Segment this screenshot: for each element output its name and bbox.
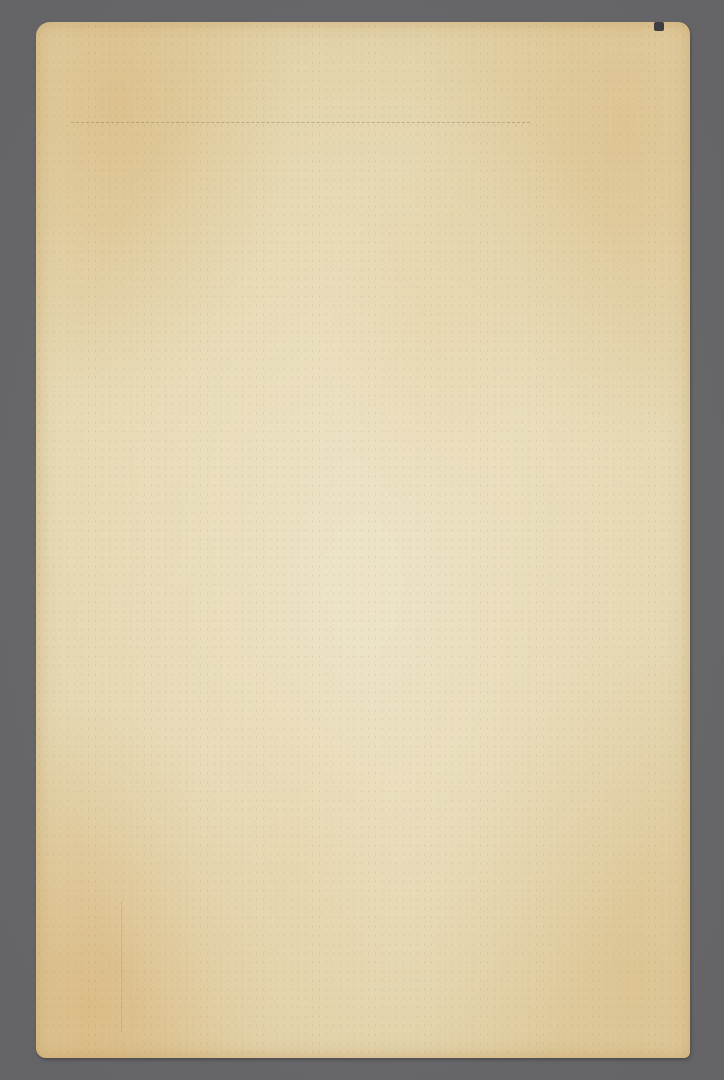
faint-margin-line (121, 902, 122, 1032)
faint-ruled-line (71, 122, 530, 123)
aged-paper-sheet (36, 22, 690, 1058)
paper-texture (36, 22, 690, 1058)
corner-damage (654, 22, 664, 31)
